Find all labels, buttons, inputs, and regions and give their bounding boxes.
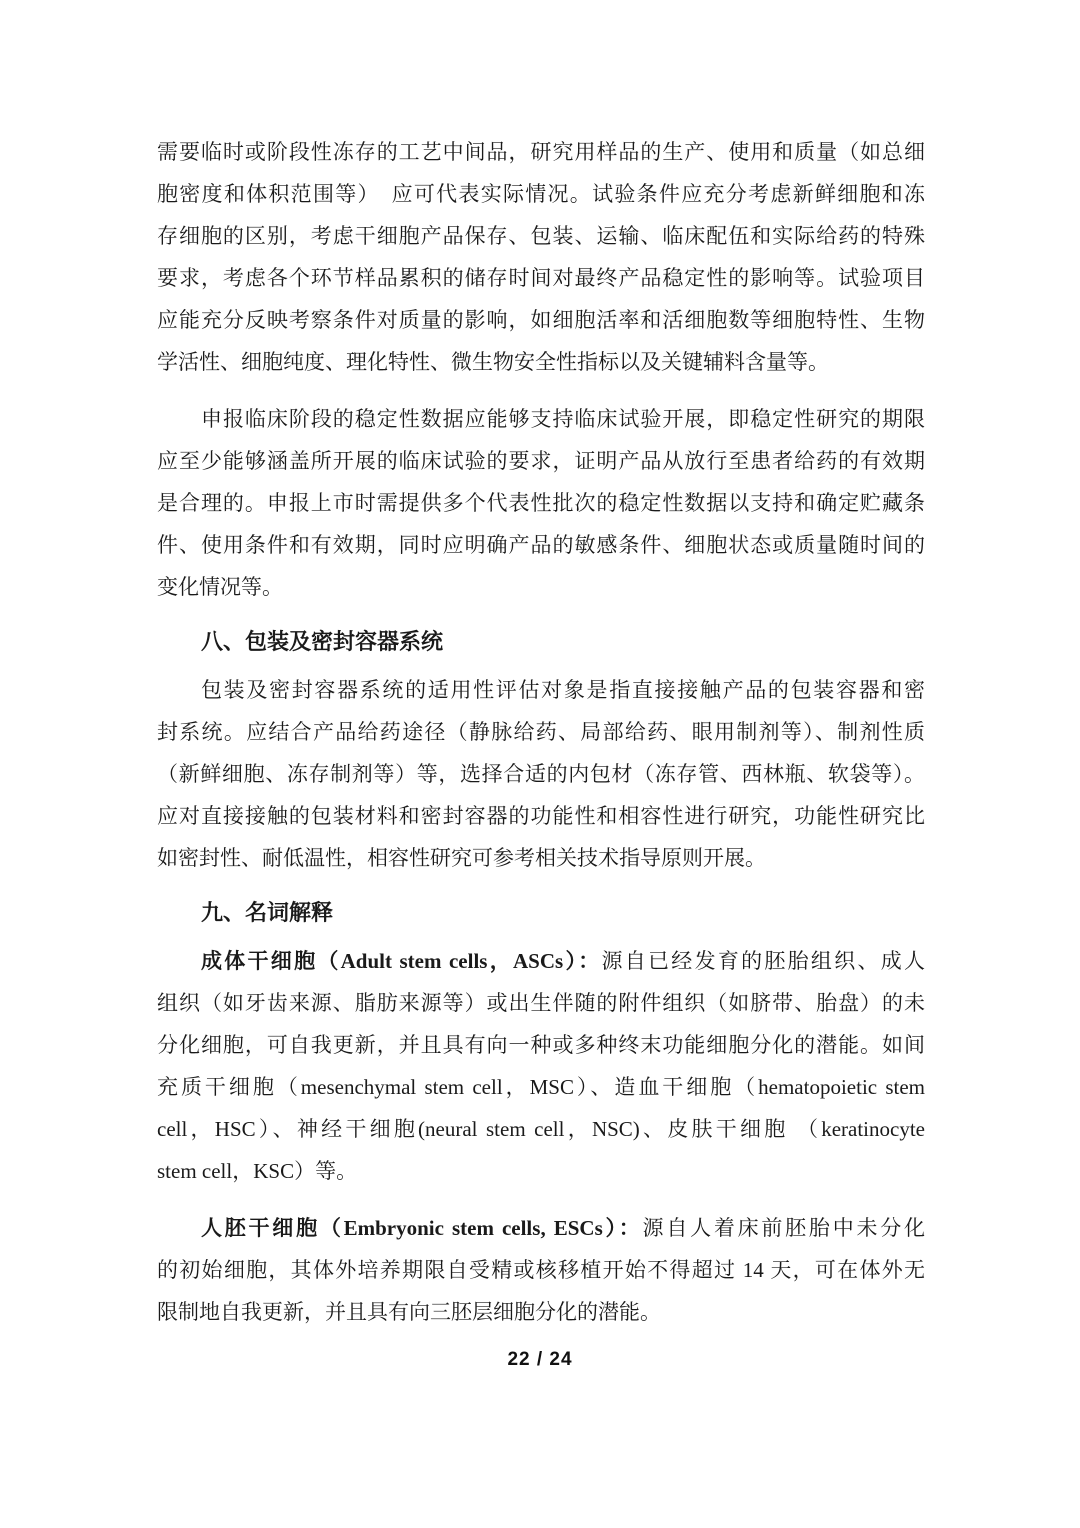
text-segment: 源自人着床前胚胎中未分化 [643,1216,925,1240]
text-line: 应能充分反映考察条件对质量的影响，如细胞活率和活细胞数等细胞特性、生物 [157,299,925,341]
para-packaging-container-system: 包装及密封容器系统的适用性评估对象是指直接接触产品的包装容器和密封系统。应结合产… [157,669,925,879]
text-line: 是合理的。申报上市时需提供多个代表性批次的稳定性数据以支持和确定贮藏条 [157,482,925,524]
document-body: 需要临时或阶段性冻存的工艺中间品，研究用样品的生产、使用和质量（如总细胞密度和体… [157,131,925,1333]
text-line: 充质干细胞（mesenchymal stem cell，MSC）、造血干细胞（h… [157,1066,925,1108]
heading-line: 九、名词解释 [157,892,925,934]
text-line: stem cell，KSC）等。 [157,1150,925,1192]
text-segment: 源自已经发育的胚胎组织、成人 [602,949,926,973]
text-line: 成体干细胞（Adult stem cells，ASCs）：源自已经发育的胚胎组织… [157,940,925,982]
text-line: 应至少能够涵盖所开展的临床试验的要求，证明产品从放行至患者给药的有效期 [157,440,925,482]
para-clinical-stability-data: 申报临床阶段的稳定性数据应能够支持临床试验开展，即稳定性研究的期限应至少能够涵盖… [157,398,925,608]
text-line: 要求，考虑各个环节样品累积的储存时间对最终产品稳定性的影响等。试验项目 [157,257,925,299]
text-line: 组织（如牙齿来源、脂肪来源等）或出生伴随的附件组织（如脐带、胎盘）的未 [157,982,925,1024]
heading-section-8-packaging: 八、包装及密封容器系统 [157,621,925,663]
text-line: 封系统。应结合产品给药途径（静脉给药、局部给药、眼用制剂等）、制剂性质 [157,711,925,753]
text-line: 包装及密封容器系统的适用性评估对象是指直接接触产品的包装容器和密 [157,669,925,711]
text-line: 分化细胞，可自我更新，并且具有向一种或多种终末功能细胞分化的潜能。如间 [157,1024,925,1066]
document-page: 需要临时或阶段性冻存的工艺中间品，研究用样品的生产、使用和质量（如总细胞密度和体… [0,0,1080,1528]
text-line: 人胚干细胞（Embryonic stem cells, ESCs）：源自人着床前… [157,1207,925,1249]
text-line: 变化情况等。 [157,566,925,608]
term-bold-label: 人胚干细胞（Embryonic stem cells, ESCs）： [201,1216,643,1240]
para-term-embryonic-stem-cells: 人胚干细胞（Embryonic stem cells, ESCs）：源自人着床前… [157,1207,925,1333]
text-line: 的初始细胞，其体外培养期限自受精或核移植开始不得超过 14 天，可在体外无 [157,1249,925,1291]
heading-line: 八、包装及密封容器系统 [157,621,925,663]
text-line: cell，HSC）、神经干细胞(neural stem cell，NSC)、皮肤… [157,1108,925,1150]
text-line: 需要临时或阶段性冻存的工艺中间品，研究用样品的生产、使用和质量（如总细 [157,131,925,173]
text-line: 限制地自我更新，并且具有向三胚层细胞分化的潜能。 [157,1291,925,1333]
term-bold-label: 成体干细胞（Adult stem cells，ASCs）： [201,949,602,973]
text-line: 胞密度和体积范围等） 应可代表实际情况。试验条件应充分考虑新鲜细胞和冻 [157,173,925,215]
heading-section-9-glossary: 九、名词解释 [157,892,925,934]
text-line: 应对直接接触的包装材料和密封容器的功能性和相容性进行研究，功能性研究比 [157,795,925,837]
text-line: 申报临床阶段的稳定性数据应能够支持临床试验开展，即稳定性研究的期限 [157,398,925,440]
para-term-adult-stem-cells: 成体干细胞（Adult stem cells，ASCs）：源自已经发育的胚胎组织… [157,940,925,1192]
para-stability-test-conditions: 需要临时或阶段性冻存的工艺中间品，研究用样品的生产、使用和质量（如总细胞密度和体… [157,131,925,383]
text-line: 件、使用条件和有效期，同时应明确产品的敏感条件、细胞状态或质量随时间的 [157,524,925,566]
page-number-indicator: 22 / 24 [0,1349,1080,1371]
text-line: 学活性、细胞纯度、理化特性、微生物安全性指标以及关键辅料含量等。 [157,341,925,383]
text-line: （新鲜细胞、冻存制剂等）等，选择合适的内包材（冻存管、西林瓶、软袋等）。 [157,753,925,795]
text-line: 如密封性、耐低温性，相容性研究可参考相关技术指导原则开展。 [157,837,925,879]
text-line: 存细胞的区别，考虑干细胞产品保存、包装、运输、临床配伍和实际给药的特殊 [157,215,925,257]
